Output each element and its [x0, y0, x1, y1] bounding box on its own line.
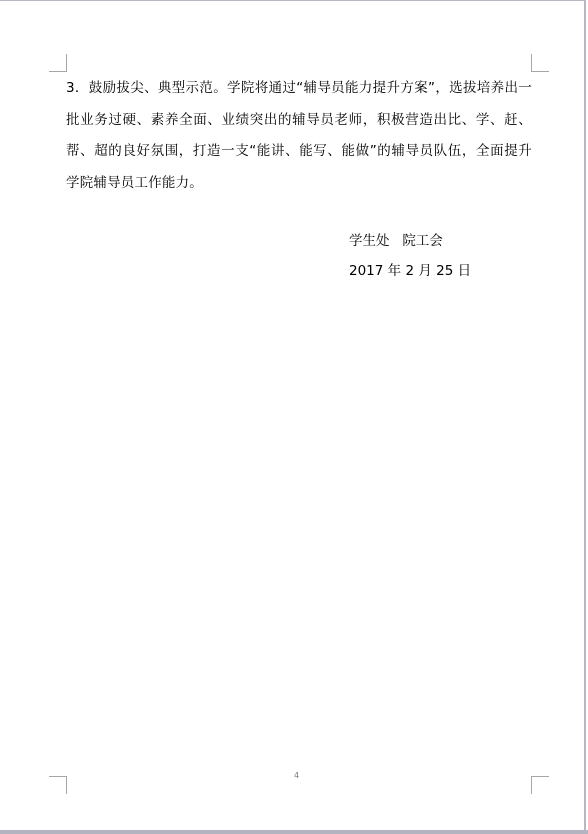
document-page: 3．鼓励拔尖、典型示范。学院将通过“辅导员能力提升方案”，选拔培养出一批业务过硬… [0, 0, 586, 830]
margin-corner-mark-top-right [531, 54, 549, 72]
margin-corner-mark-bottom-right [531, 776, 549, 794]
body-paragraph[interactable]: 3．鼓励拔尖、典型示范。学院将通过“辅导员能力提升方案”，选拔培养出一批业务过硬… [66, 73, 532, 199]
signature-date[interactable]: 2017 年 2 月 25 日 [349, 261, 471, 281]
signature-organizations[interactable]: 学生处 院工会 [349, 231, 443, 251]
page-number: 4 [294, 771, 299, 781]
margin-corner-mark-bottom-left [49, 776, 67, 794]
margin-corner-mark-top-left [49, 54, 67, 72]
page-gap-divider [0, 830, 588, 834]
